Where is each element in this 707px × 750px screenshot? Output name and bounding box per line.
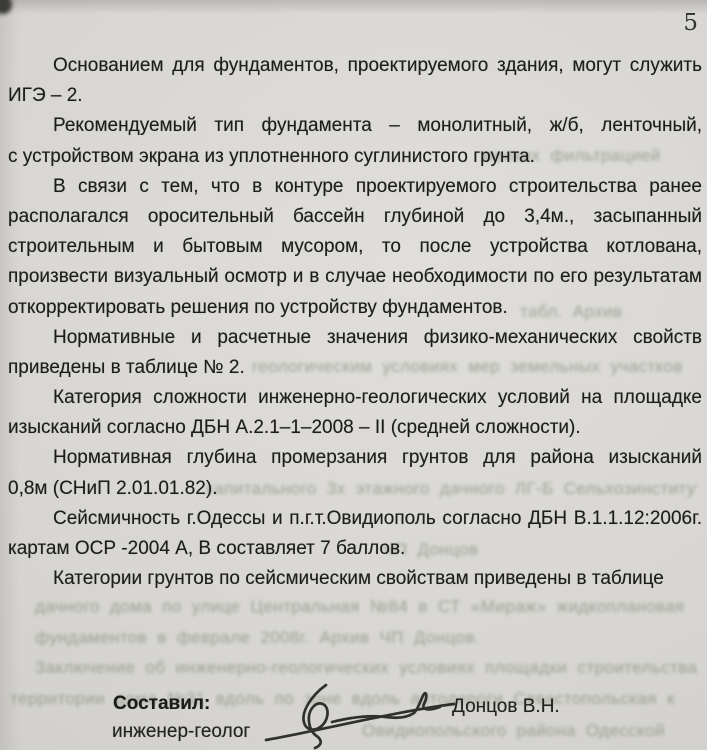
compiled-by-role: инженер-геолог xyxy=(112,721,250,743)
page-number: 5 xyxy=(683,10,698,36)
text-line: Категория сложности инженерно-геологичес… xyxy=(8,383,702,413)
bleed-through-line: дачного дома по улице Центральная №84 в … xyxy=(35,597,697,617)
text-line: изысканий согласно ДБН А.2.1–1–2008 – II… xyxy=(8,413,702,443)
text-line: с устройством экрана из уплотненного суг… xyxy=(8,142,702,172)
text-line: Рекомендуемый тип фундамента – монолитны… xyxy=(8,111,702,141)
text-line: откорректировать решения по устройству ф… xyxy=(8,293,702,323)
scanned-document-page: 5 мелких фильтрациейтабл. Архивгеологиче… xyxy=(0,0,707,750)
text-line: В связи с тем, что в контуре проектируем… xyxy=(8,172,702,202)
text-line: приведены в таблице № 2. xyxy=(8,353,702,383)
text-line: Основанием для фундаментов, проектируемо… xyxy=(8,51,702,81)
text-line: произвести визуальный осмотр и в случае … xyxy=(8,262,702,292)
text-block: Основанием для фундаментов, проектируемо… xyxy=(8,51,702,594)
text-line: располагался оросительный бассейн глубин… xyxy=(8,202,702,232)
bleed-through-line: Заключение об инженерно-геологических ус… xyxy=(35,658,697,678)
text-line: картам ОСР -2004 А, В составляет 7 балло… xyxy=(8,534,702,564)
handwritten-signature xyxy=(248,677,463,750)
text-line: Сейсмичность г.Одессы и п.г.т.Овидиополь… xyxy=(8,504,702,534)
text-line: Категории грунтов по сейсмическим свойст… xyxy=(8,564,702,594)
signer-name: Донцов В.Н. xyxy=(452,696,560,718)
text-line: строительным и бытовым мусором, то после… xyxy=(8,232,702,262)
text-line: Нормативные и расчетные значения физико-… xyxy=(8,323,702,353)
text-line: Нормативная глубина промерзания грунтов … xyxy=(8,443,702,473)
text-line: 0,8м (СНиП 2.01.01.82). xyxy=(8,474,702,504)
page-corner-shadow xyxy=(0,0,12,14)
text-line: ИГЭ – 2. xyxy=(8,81,702,111)
compiled-by-label: Составил: xyxy=(113,693,210,715)
bleed-through-line: фундаментов в феврале 2008г. Архив ЧП До… xyxy=(35,628,517,648)
